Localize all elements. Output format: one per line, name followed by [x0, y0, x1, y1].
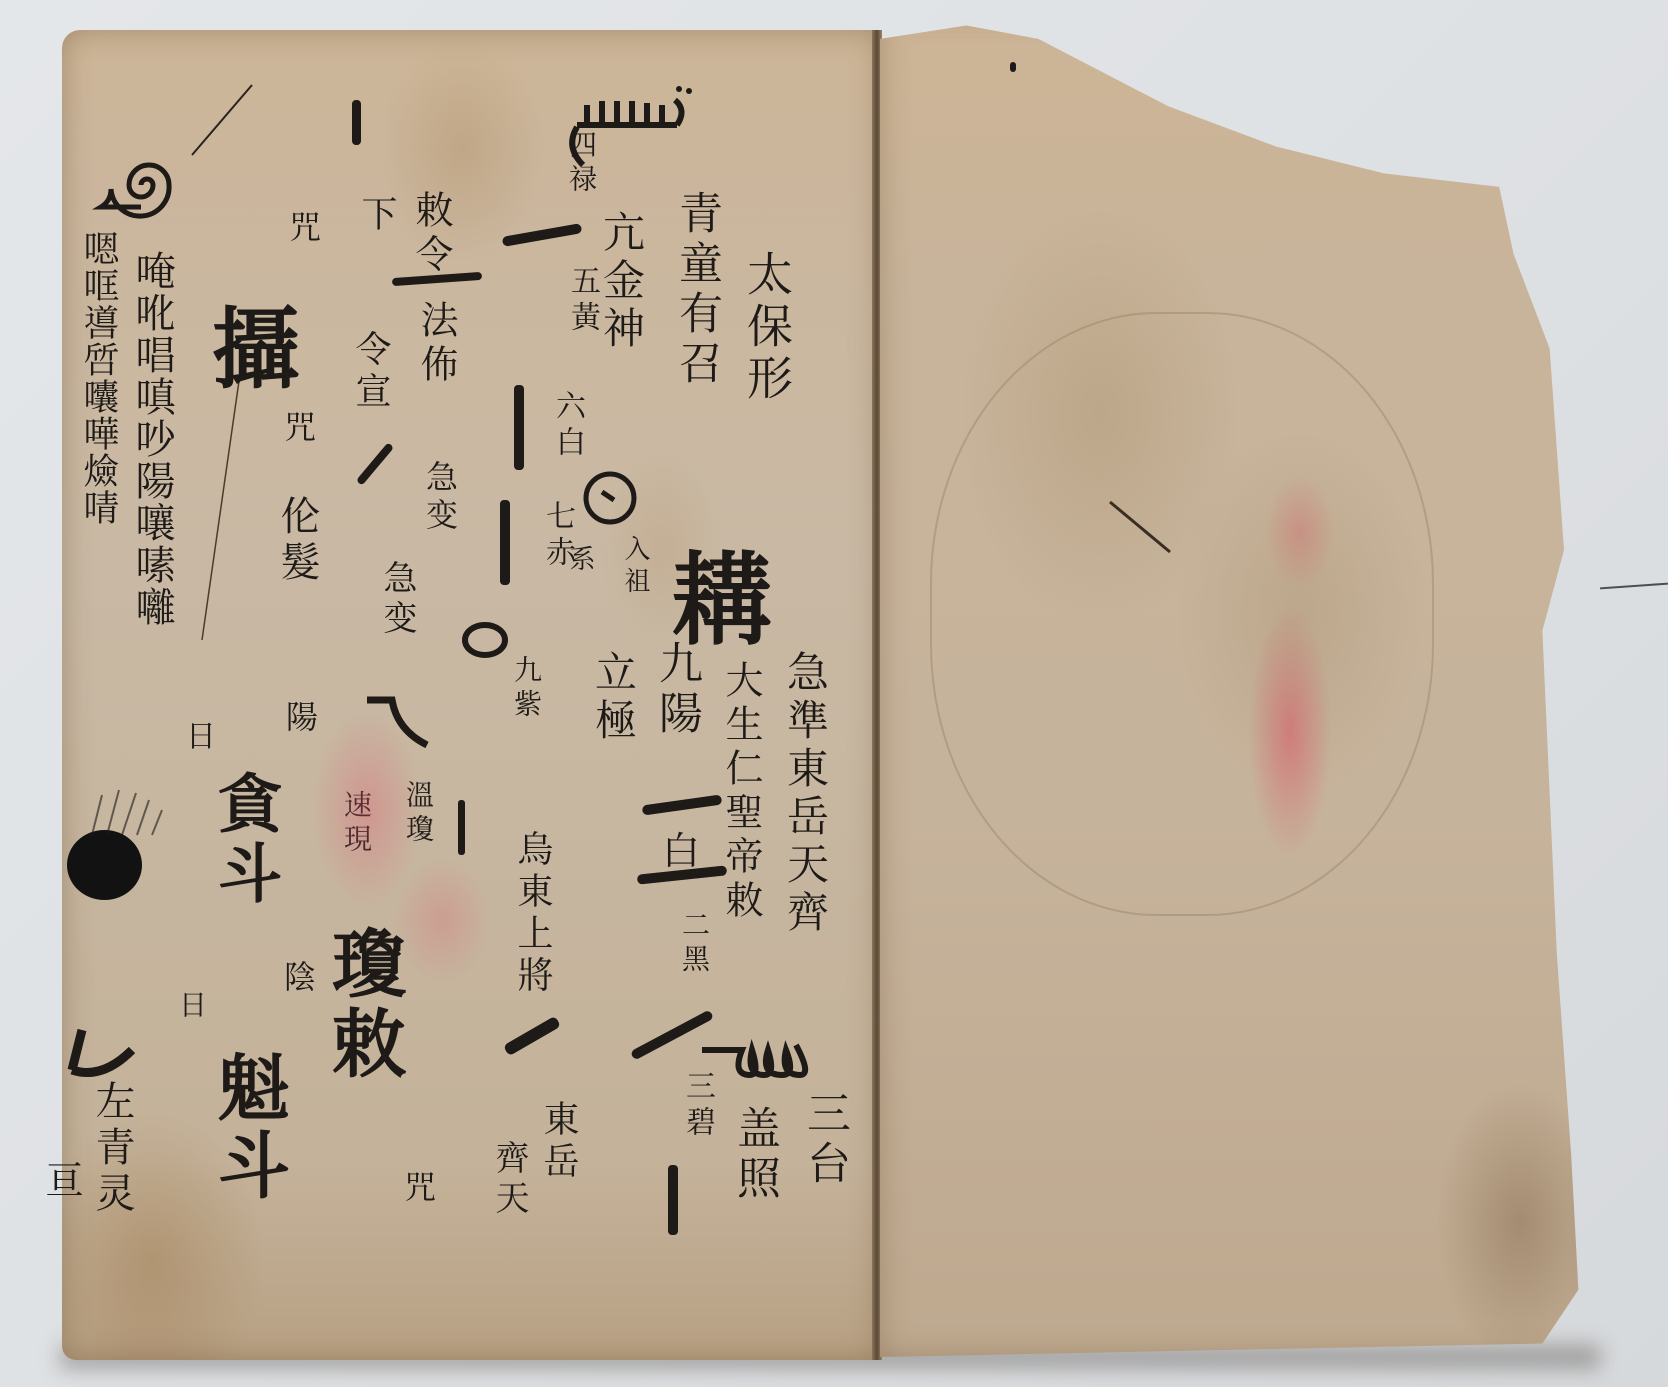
column-wudong: 烏東上將: [514, 830, 550, 998]
red-seal-stain: [312, 710, 422, 910]
vertical-stroke-c: [500, 500, 510, 585]
note-sanbi: 三碧: [682, 1070, 712, 1142]
vertical-stroke-e: [352, 100, 361, 145]
column-jizhun: 急準東岳天齊: [784, 650, 826, 938]
floor-tile-seam: [1600, 583, 1668, 590]
note-silu: 四禄: [567, 130, 595, 198]
glyph-bai: 白: [662, 820, 700, 875]
column-zuoqingling: 左青灵: [92, 1080, 132, 1218]
column-fabu: 法佈: [417, 300, 455, 388]
column-gaizhao: 盖照: [732, 1105, 776, 1205]
spiral-talisman-icon: [92, 125, 212, 235]
note-yin: 陰: [282, 960, 314, 998]
note-wuhuang: 五黃: [567, 265, 597, 337]
vertical-stroke-b: [514, 385, 524, 470]
column-incantation-1: 唵吪唱嗔吵陽嚷嗉囄: [132, 250, 172, 628]
stroke-7: [356, 442, 394, 485]
column-xia: 下: [358, 195, 394, 237]
column-lingxuan: 令宣: [352, 330, 388, 414]
column-tandou: 貪斗: [212, 770, 276, 910]
column-qingtong: 青童有召: [674, 190, 718, 390]
note-ri-1: 日: [182, 720, 212, 756]
column-gen: 亘: [42, 1160, 80, 1204]
circle-zero-icon: [460, 620, 510, 660]
note-zhou-1: 咒: [287, 210, 319, 248]
column-incantation-2: 嗯哐噵啠囔嘩㷿啨: [80, 230, 116, 526]
column-kangjin: 亢金神: [600, 210, 642, 354]
ink-blot: [67, 830, 142, 900]
column-taibao: 太保形: [744, 250, 790, 406]
right-page: [880, 12, 1600, 1357]
large-talisman-b: 攝: [212, 280, 300, 406]
stroke-1: [642, 794, 723, 815]
note-ri-2: 日: [177, 990, 205, 1024]
column-qitian: 齊天: [492, 1140, 526, 1220]
water-stain: [930, 312, 1434, 916]
column-santai: 三台: [802, 1090, 846, 1190]
note-liubai: 六白: [552, 390, 582, 462]
column-dasheng: 大生仁聖帝敕: [722, 660, 760, 924]
column-qiongchi: 瓊敕: [326, 925, 400, 1085]
loop-chain-icon: [702, 1030, 842, 1080]
note-zhou-2: 咒: [282, 410, 314, 448]
column-lunfa: 伦髮: [277, 495, 317, 587]
vertical-stroke-a: [668, 1165, 678, 1235]
stroke-6: [392, 272, 482, 286]
vertical-stroke-d: [458, 800, 465, 855]
note-qichi: 七赤: [542, 500, 572, 572]
ink-splatter: [82, 780, 182, 840]
column-chiling: 敕令: [412, 190, 450, 278]
note-erhei: 二黑: [680, 910, 708, 978]
column-liji: 立極: [592, 650, 634, 746]
note-ruzu: 入祖: [622, 535, 648, 599]
note-zhou-3: 咒: [402, 1170, 434, 1208]
note-jiuzi: 九紫: [512, 655, 540, 723]
column-jibian-1: 急变: [424, 460, 456, 536]
column-dongyue: 東岳: [540, 1100, 576, 1184]
circle-sun-icon: [582, 470, 642, 530]
stroke-4: [502, 223, 583, 247]
column-jibian-2: 急变: [380, 560, 414, 640]
column-kuidou: 魁斗: [212, 1050, 284, 1206]
binding-dots: [1010, 62, 1016, 72]
column-jiuyang: 九陽: [654, 640, 698, 740]
stroke-5: [503, 1016, 561, 1056]
left-page: 太保形 青童有召 亢金神 入祖 系 耩 急準東岳天齊 大生仁聖帝敕 九陽 立極 …: [62, 30, 880, 1360]
